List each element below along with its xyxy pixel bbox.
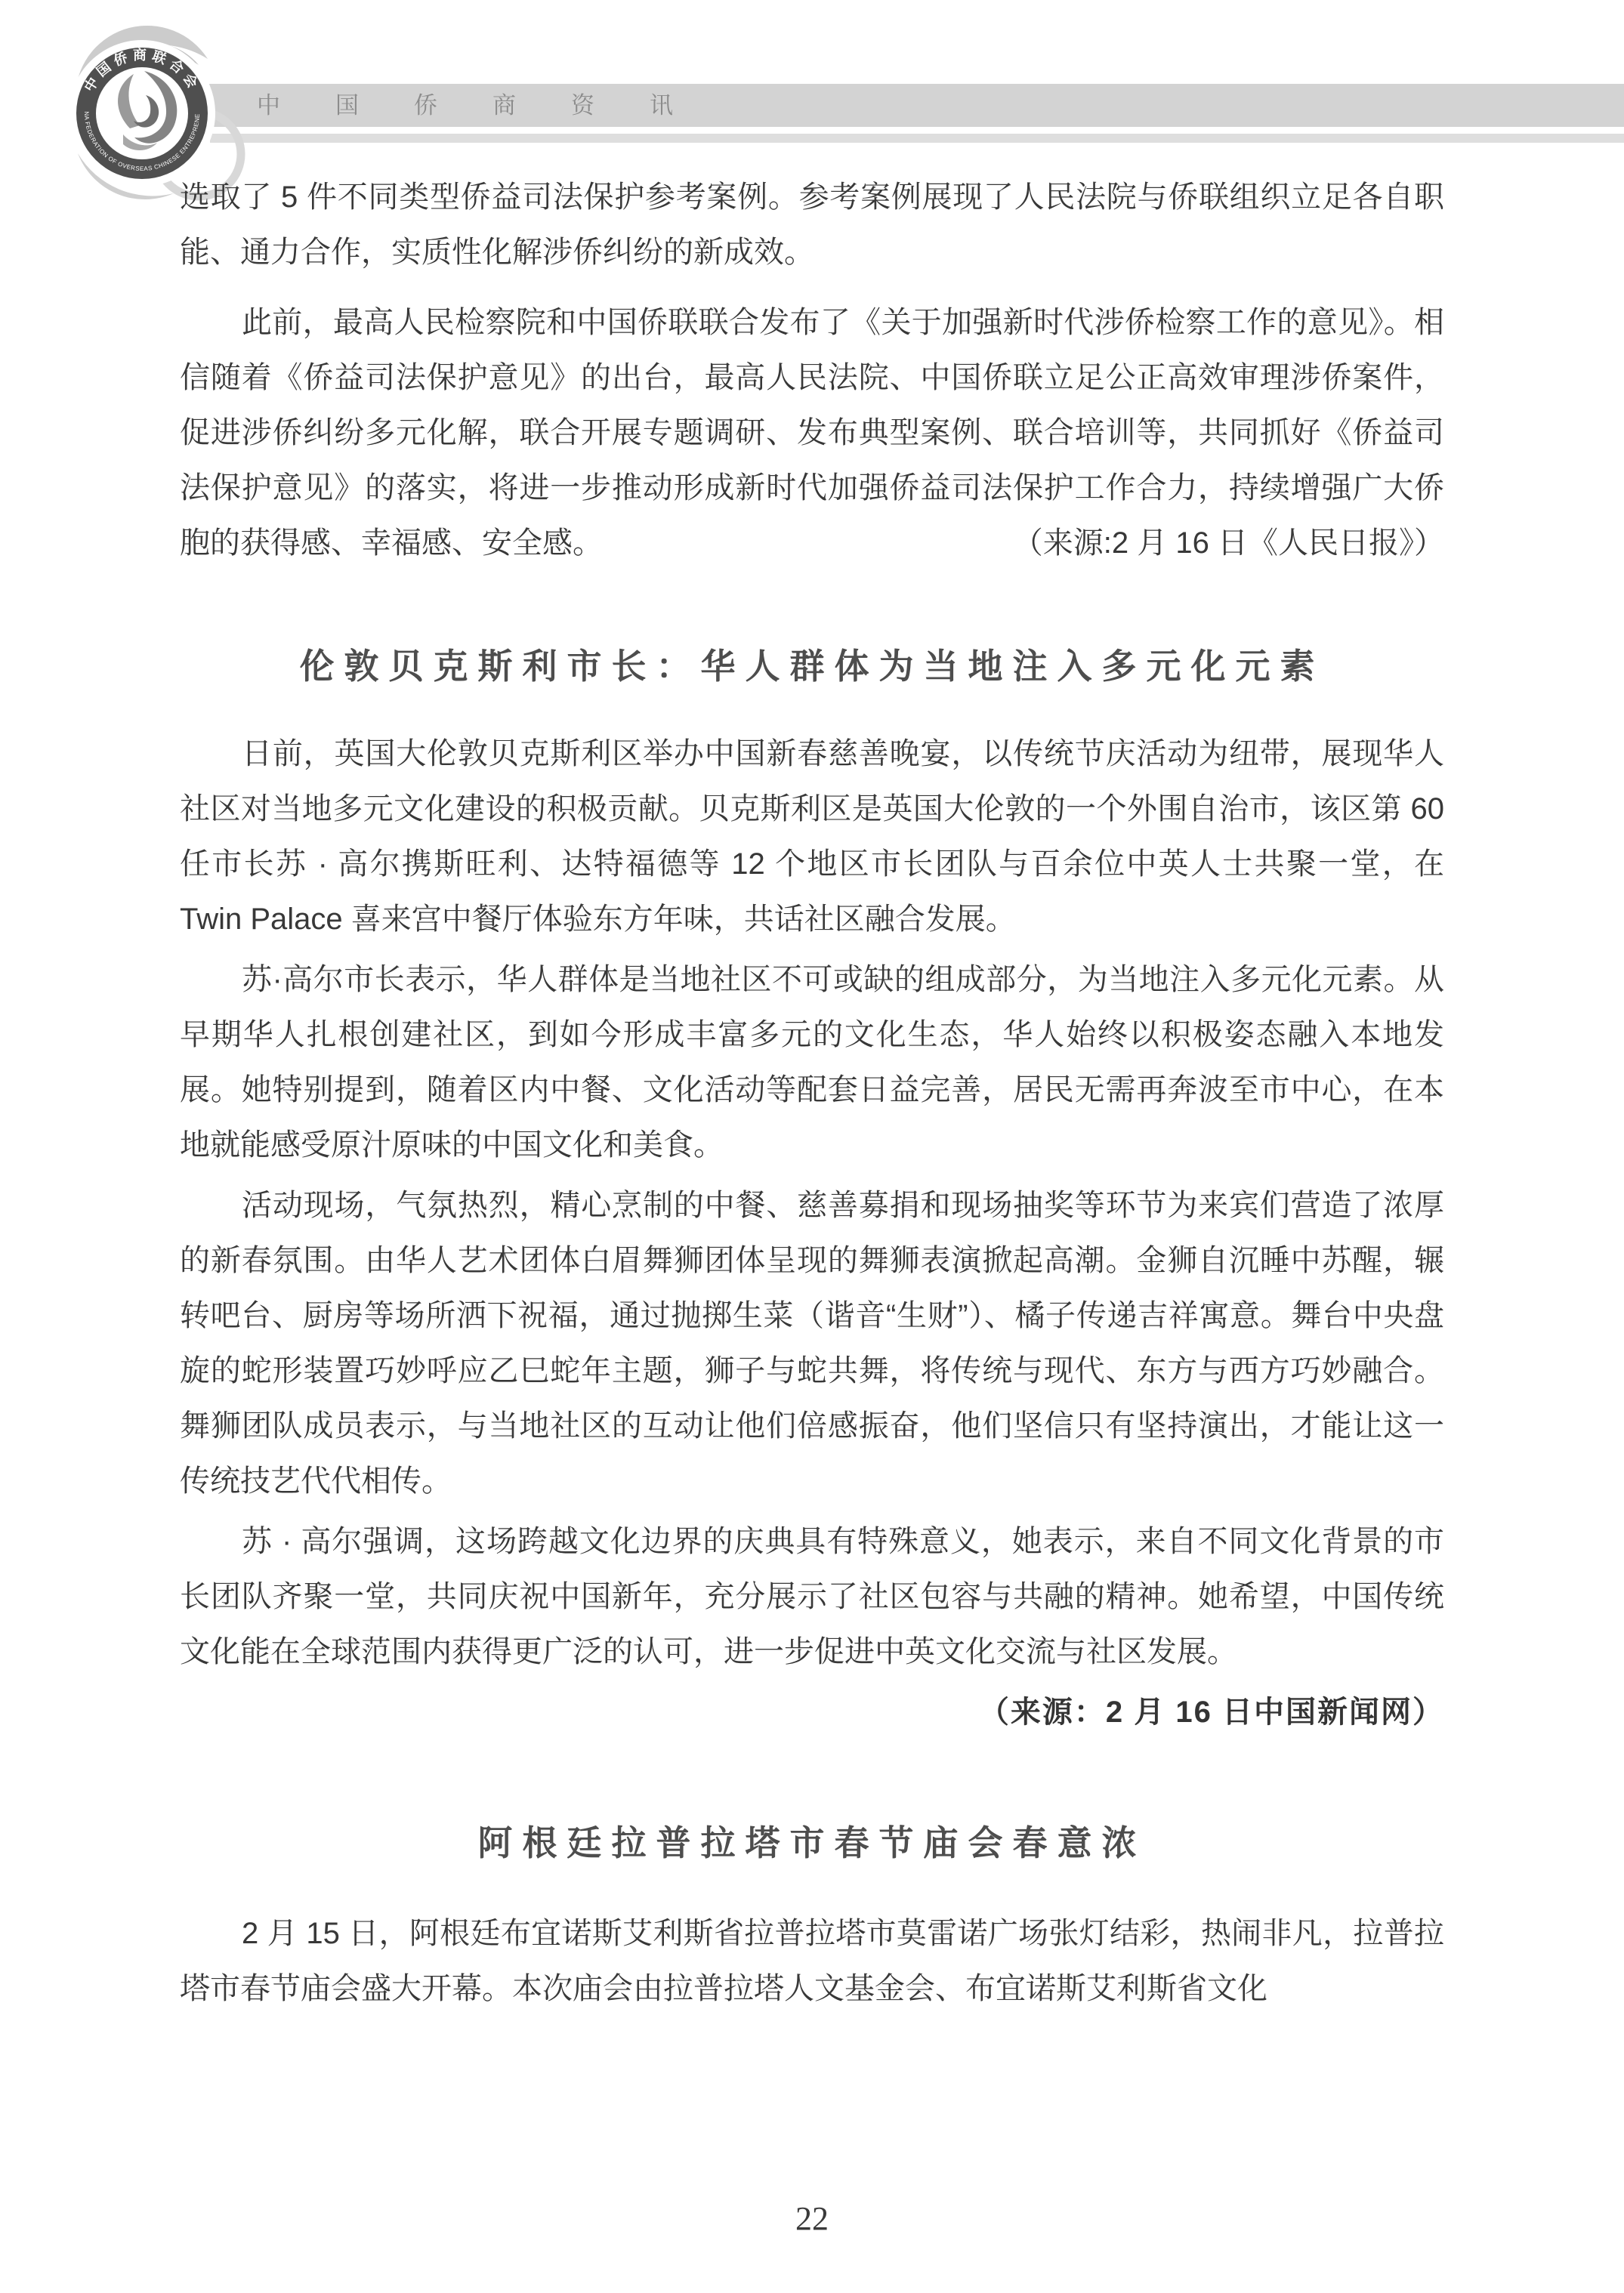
document-page: 中国侨商资讯 中国侨商联合会 CHINA FEDERATION OF OVERS… — [0, 0, 1624, 2293]
paragraph: 苏 · 高尔强调，这场跨越文化边界的庆典具有特殊意义，她表示，来自不同文化背景的… — [180, 1514, 1444, 1680]
paragraph: 苏·高尔市长表示，华人群体是当地社区不可或缺的组成部分，为当地注入多元化元素。从… — [180, 952, 1444, 1173]
article-continuation: 选取了 5 件不同类型侨益司法保护参考案例。参考案例展现了人民法院与侨联组织立足… — [180, 170, 1444, 571]
paragraph: 日前，英国大伦敦贝克斯利区举办中国新春慈善晚宴，以传统节庆活动为纽带，展现华人社… — [180, 727, 1444, 947]
paragraph: 2 月 15 日，阿根廷布宜诺斯艾利斯省拉普拉塔市莫雷诺广场张灯结彩，热闹非凡，… — [180, 1906, 1444, 2017]
article-title: 阿根廷拉普拉塔市春节庙会春意浓 — [180, 1820, 1444, 1866]
header-banner-underline — [210, 134, 1624, 143]
page-number: 22 — [0, 2199, 1624, 2238]
page-content: 选取了 5 件不同类型侨益司法保护参考案例。参考案例展现了人民法院与侨联组织立足… — [180, 170, 1444, 2022]
paragraph: 此前，最高人民检察院和中国侨联联合发布了《关于加强新时代涉侨检察工作的意见》。相… — [180, 295, 1444, 571]
article-title: 伦敦贝克斯利市长：华人群体为当地注入多元化元素 — [180, 643, 1444, 689]
article-argentina: 阿根廷拉普拉塔市春节庙会春意浓 2 月 15 日，阿根廷布宜诺斯艾利斯省拉普拉塔… — [180, 1820, 1444, 2017]
paragraph: 选取了 5 件不同类型侨益司法保护参考案例。参考案例展现了人民法院与侨联组织立足… — [180, 170, 1444, 280]
source-credit: （来源：2 月 16 日中国新闻网） — [180, 1685, 1444, 1740]
article-london: 伦敦贝克斯利市长：华人群体为当地注入多元化元素 日前，英国大伦敦贝克斯利区举办中… — [180, 643, 1444, 1740]
newsletter-title: 中国侨商资讯 — [257, 84, 728, 127]
source-credit: （来源:2 月 16 日《人民日报》） — [951, 516, 1444, 571]
paragraph: 活动现场，气氛热烈，精心烹制的中餐、慈善募捐和现场抽奖等环节为来宾们营造了浓厚的… — [180, 1178, 1444, 1509]
